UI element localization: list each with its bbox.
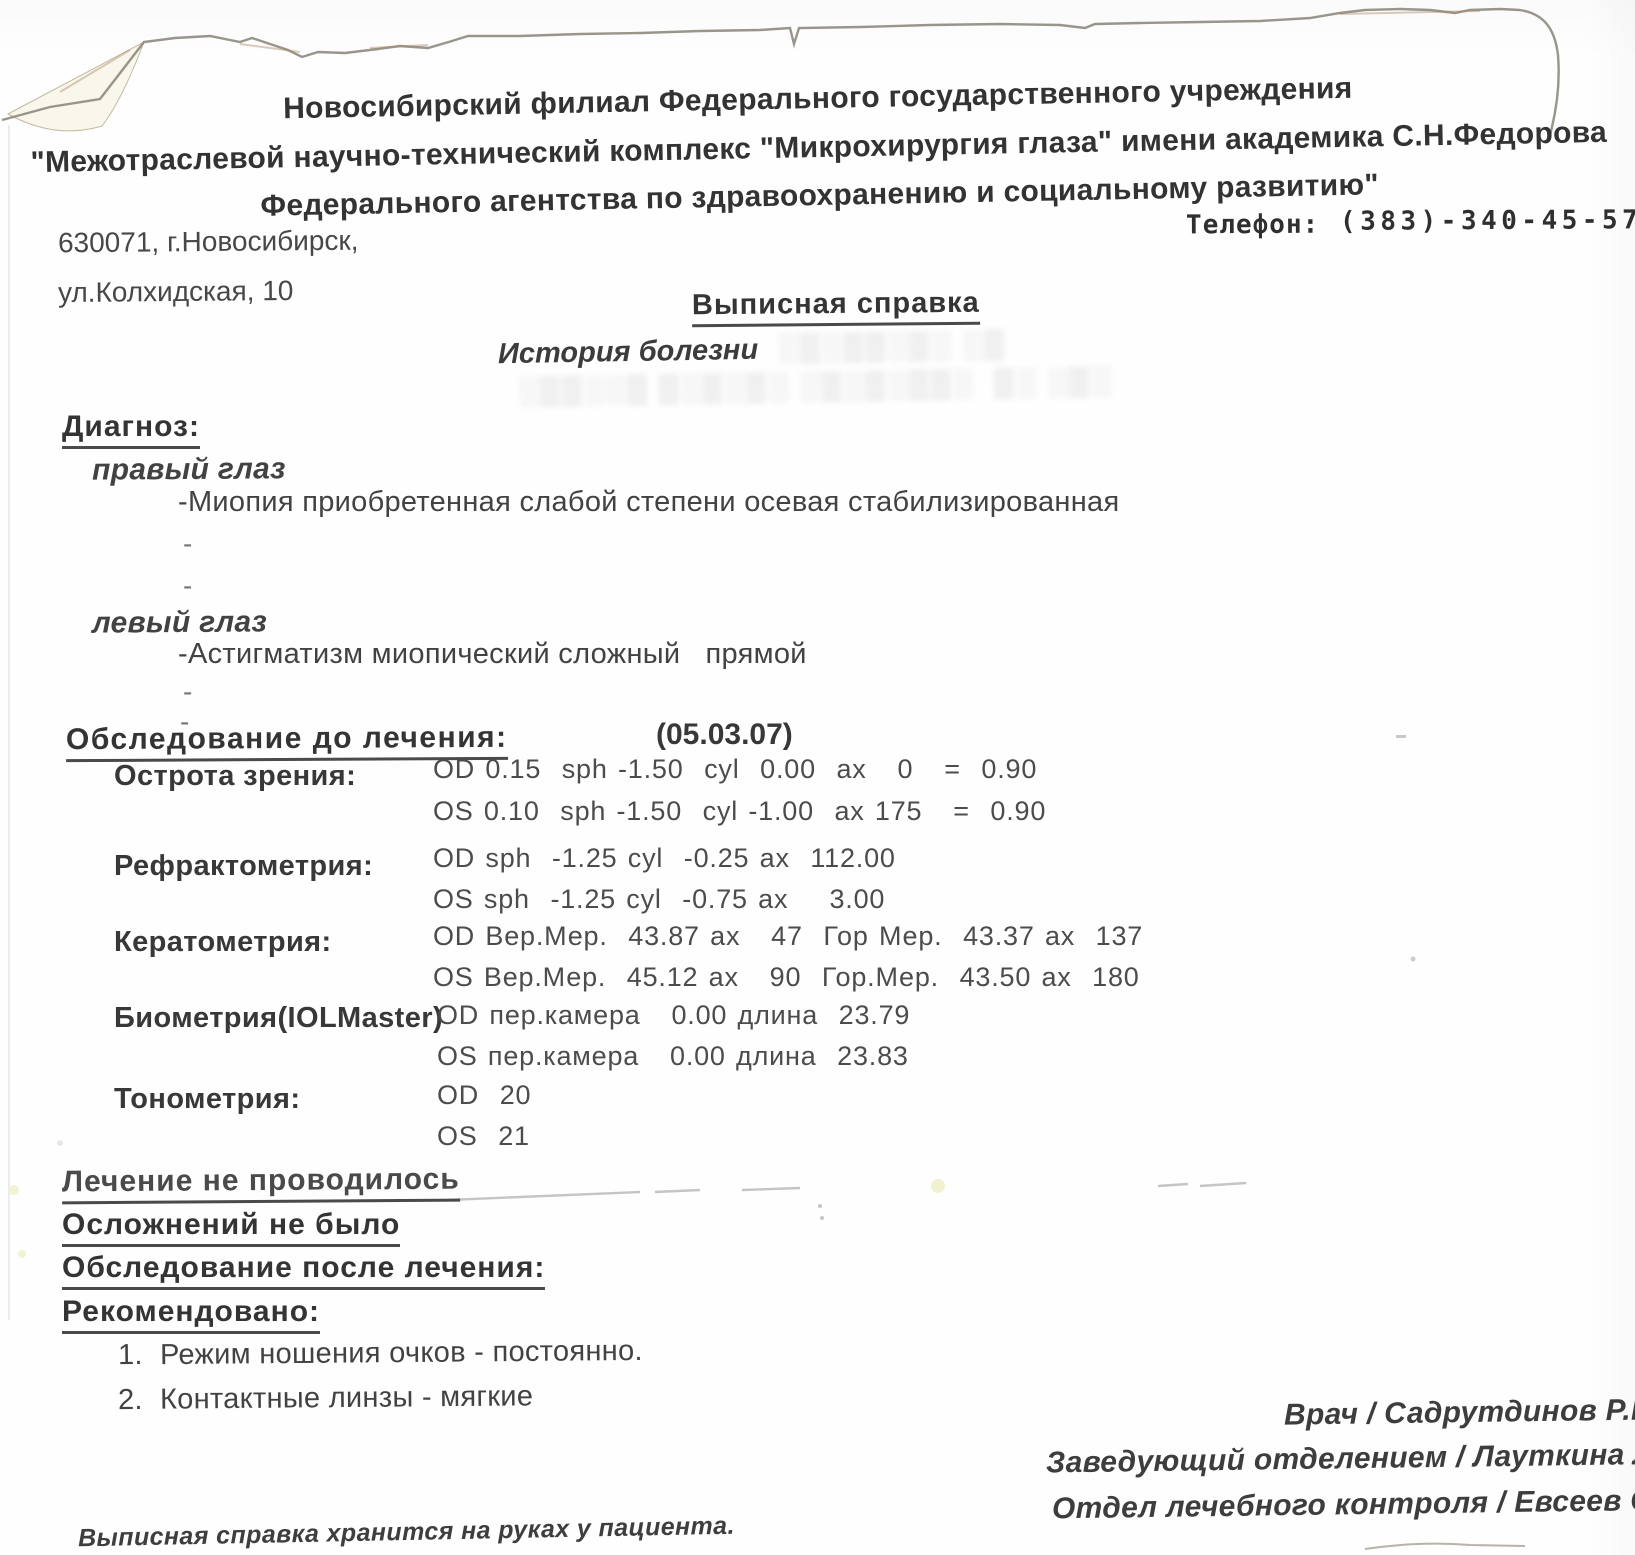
recommendation-number: 2. bbox=[118, 1384, 143, 1417]
phone-label: Телефон: bbox=[1186, 210, 1319, 241]
phone-number: (383)-340-45-57 bbox=[1340, 205, 1635, 237]
doc-title: Выписная справка bbox=[692, 287, 980, 328]
right-eye-diagnosis: -Миопия приобретенная слабой степени осе… bbox=[178, 486, 1119, 519]
keratometry-od: OD Вер.Мер. 43.87 ax 47 Гор Мер. 43.37 a… bbox=[433, 921, 1143, 952]
left-eye-label: левый глаз bbox=[92, 605, 267, 640]
case-history-label: История болезни bbox=[498, 334, 759, 372]
refractometry-label: Рефрактометрия: bbox=[114, 850, 373, 883]
biometry-od: OD пер.камера 0.00 длина 23.79 bbox=[437, 1000, 910, 1031]
redacted-patient-name: ░▒▒░░▒ ▒░▒░▒░ ░▒░▒░▒▒░ ▒░ ░▒░ bbox=[518, 365, 1113, 407]
speck bbox=[18, 1250, 26, 1258]
control-dept-signature-line: Отдел лечебного контроля / Евсеев С.Е bbox=[1052, 1484, 1635, 1527]
exam-date: (05.03.07) bbox=[656, 718, 793, 752]
complications-statement: Осложнений не было bbox=[62, 1208, 400, 1247]
recommendation-item: Режим ношения очков - постоянно. bbox=[160, 1335, 643, 1372]
left-eye-diagnosis: -Астигматизм миопический сложный прямой bbox=[178, 638, 807, 671]
footer-note: Выписная справка хранится на руках у пац… bbox=[78, 1512, 735, 1554]
tonometry-label: Тонометрия: bbox=[114, 1083, 300, 1116]
treatment-statement: Лечение не проводилось bbox=[62, 1163, 460, 1205]
department-head-signature-line: Заведующий отделением / Лауткина Л.Я bbox=[1046, 1438, 1635, 1481]
speck bbox=[931, 1179, 945, 1193]
post-treatment-exam-heading: Обследование после лечения: bbox=[62, 1251, 545, 1290]
speck bbox=[1396, 735, 1406, 738]
speck bbox=[818, 1204, 822, 1208]
speck bbox=[9, 1185, 19, 1195]
crease-line bbox=[448, 1183, 1246, 1200]
dash-placeholder: - bbox=[183, 570, 192, 602]
speck bbox=[57, 1140, 63, 1146]
keratometry-os: OS Вер.Мер. 45.12 ax 90 Гор.Мер. 43.50 a… bbox=[433, 962, 1140, 993]
scanned-document-page: Новосибирский филиал Федерального госуда… bbox=[0, 0, 1635, 1555]
biometry-label: Биометрия(IOLMaster) bbox=[114, 1002, 443, 1035]
right-eye-label: правый глаз bbox=[92, 452, 286, 487]
speck bbox=[820, 1216, 824, 1220]
dash-placeholder: - bbox=[183, 528, 192, 560]
keratometry-label: Кератометрия: bbox=[114, 926, 332, 959]
speck bbox=[1411, 957, 1416, 962]
visual-acuity-od: OD 0.15 sph -1.50 cyl 0.00 ax 0 = 0.90 bbox=[433, 754, 1037, 785]
letterhead: Новосибирский филиал Федерального госуда… bbox=[0, 66, 1635, 97]
recommended-heading: Рекомендовано: bbox=[62, 1295, 320, 1334]
recommendation-item: Контактные линзы - мягкие bbox=[160, 1380, 534, 1416]
doctor-signature-line: Врач / Садрутдинов Р.Ш bbox=[1284, 1393, 1635, 1432]
address-line-1: 630071, г.Новосибирск, bbox=[58, 225, 359, 260]
refractometry-od: OD sph -1.25 cyl -0.25 ax 112.00 bbox=[433, 843, 896, 874]
dash-placeholder: - bbox=[183, 676, 192, 708]
tonometry-os: OS 21 bbox=[437, 1121, 530, 1152]
redacted-case-number: ░▒░▒▒░▒░ ░▒ bbox=[778, 328, 1007, 364]
recommendation-number: 1. bbox=[118, 1339, 143, 1372]
biometry-os: OS пер.камера 0.00 длина 23.83 bbox=[437, 1041, 909, 1072]
refractometry-os: OS sph -1.25 cyl -0.75 ax 3.00 bbox=[433, 884, 885, 915]
bottom-edge-artifact bbox=[1365, 1544, 1525, 1549]
visual-acuity-label: Острота зрения: bbox=[114, 760, 356, 793]
address-line-2: ул.Колхидская, 10 bbox=[58, 275, 294, 309]
visual-acuity-os: OS 0.10 sph -1.50 cyl -1.00 ax 175 = 0.9… bbox=[433, 796, 1046, 827]
tonometry-od: OD 20 bbox=[437, 1080, 531, 1111]
diagnosis-heading: Диагноз: bbox=[62, 410, 200, 449]
